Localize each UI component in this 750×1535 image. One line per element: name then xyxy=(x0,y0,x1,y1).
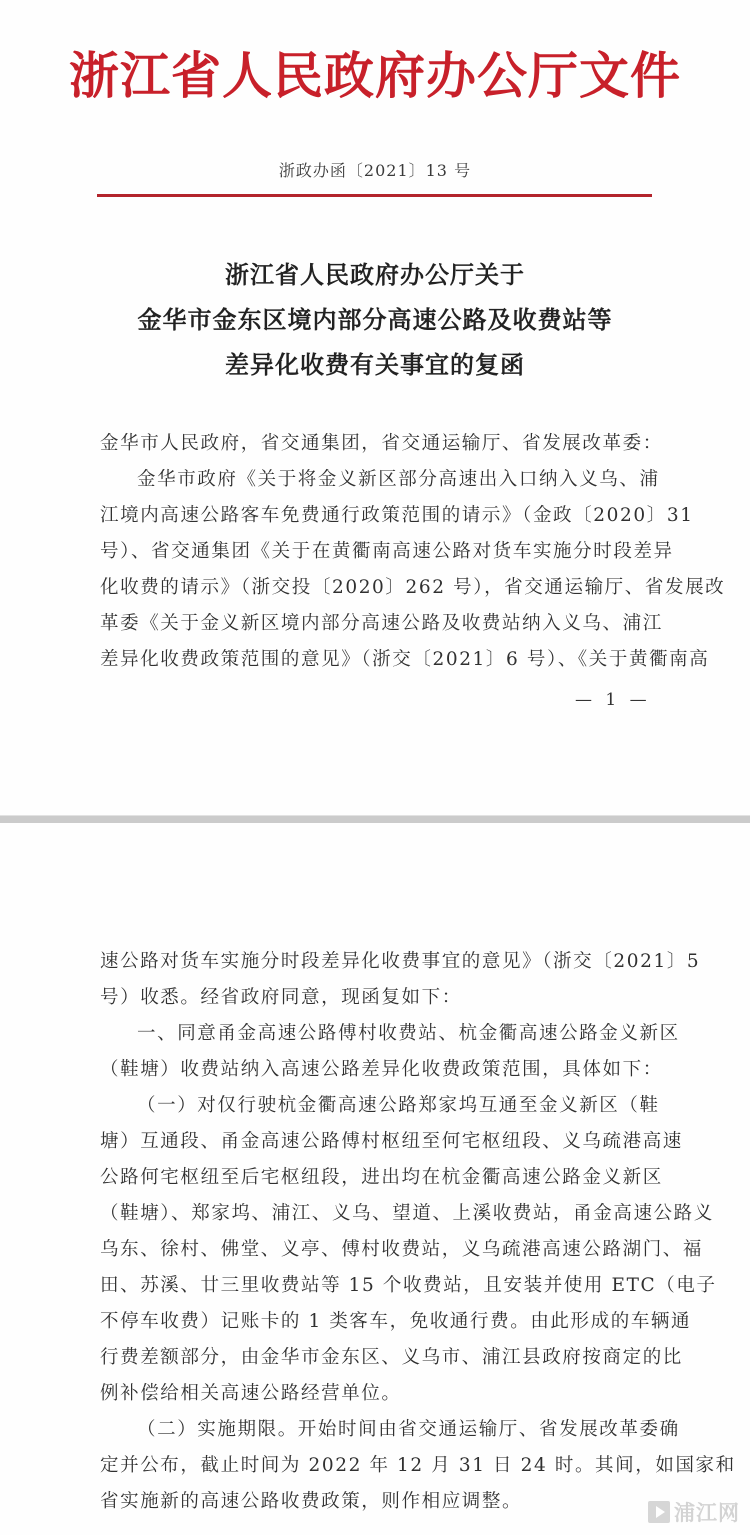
body-line: （鞋塘）收费站纳入高速公路差异化收费政策范围，具体如下： xyxy=(100,1052,655,1088)
body-line: 田、苏溪、廿三里收费站等 15 个收费站，且安装并使用 ETC（电子 xyxy=(100,1268,655,1304)
play-logo-icon xyxy=(648,1501,670,1523)
body-line: 号）、省交通集团《关于在黄衢南高速公路对货车实施分时段差异 xyxy=(100,534,655,570)
body-line: 定并公布，截止时间为 2022 年 12 月 31 日 24 时。其间，如国家和 xyxy=(100,1448,655,1484)
page1-body: 金华市人民政府，省交通集团，省交通运输厅、省发展改革委： 金华市政府《关于将金义… xyxy=(100,426,655,678)
body-line: 乌东、徐村、佛堂、义亭、傅村收费站，义乌疏港高速公路湖门、福 xyxy=(100,1232,655,1268)
watermark: 浦江网 xyxy=(648,1499,740,1525)
subject-line: 差异化收费有关事宜的复函 xyxy=(0,342,750,387)
body-line: 金华市政府《关于将金义新区部分高速出入口纳入义乌、浦 xyxy=(100,462,655,498)
body-line: 省实施新的高速公路收费政策，则作相应调整。 xyxy=(100,1484,655,1520)
body-line: 化收费的请示》（浙交投〔2020〕262 号），省交通运输厅、省发展改 xyxy=(100,570,655,606)
header-red-rule xyxy=(97,194,652,197)
page-number: — 1 — xyxy=(575,690,651,710)
body-line: （一）对仅行驶杭金衢高速公路郑家坞互通至金义新区（鞋 xyxy=(100,1088,655,1124)
addressee-line: 金华市人民政府，省交通集团，省交通运输厅、省发展改革委： xyxy=(100,426,655,462)
body-line: 公路何宅枢纽至后宅枢纽段，进出均在杭金衢高速公路金义新区 xyxy=(100,1160,655,1196)
page-divider xyxy=(0,815,750,823)
document-page-1: 浙江省人民政府办公厅文件 浙政办函〔2021〕13 号 浙江省人民政府办公厅关于… xyxy=(0,0,750,815)
body-line: 不停车收费）记账卡的 1 类客车，免收通行费。由此形成的车辆通 xyxy=(100,1304,655,1340)
body-line: （鞋塘）、郑家坞、浦江、义乌、望道、上溪收费站，甬金高速公路义 xyxy=(100,1196,655,1232)
document-subject: 浙江省人民政府办公厅关于 金华市金东区境内部分高速公路及收费站等 差异化收费有关… xyxy=(0,252,750,387)
body-line: 江境内高速公路客车免费通行政策范围的请示》（金政〔2020〕31 xyxy=(100,498,655,534)
body-line: 革委《关于金义新区境内部分高速公路及收费站纳入义乌、浦江 xyxy=(100,606,655,642)
document-header-title: 浙江省人民政府办公厅文件 xyxy=(0,48,750,104)
body-line: 号）收悉。经省政府同意，现函复如下： xyxy=(100,980,655,1016)
body-line: 塘）互通段、甬金高速公路傅村枢纽至何宅枢纽段、义乌疏港高速 xyxy=(100,1124,655,1160)
document-number: 浙政办函〔2021〕13 号 xyxy=(0,158,750,181)
body-line: 差异化收费政策范围的意见》（浙交〔2021〕6 号）、《关于黄衢南高 xyxy=(100,642,655,678)
body-line: 行费差额部分，由金华市金东区、义乌市、浦江县政府按商定的比 xyxy=(100,1340,655,1376)
body-line: 一、同意甬金高速公路傅村收费站、杭金衢高速公路金义新区 xyxy=(100,1016,655,1052)
body-line: （二）实施期限。开始时间由省交通运输厅、省发展改革委确 xyxy=(100,1412,655,1448)
watermark-text: 浦江网 xyxy=(674,1497,740,1527)
page2-body: 速公路对货车实施分时段差异化收费事宜的意见》（浙交〔2021〕5 号）收悉。经省… xyxy=(100,944,655,1520)
subject-line: 金华市金东区境内部分高速公路及收费站等 xyxy=(0,297,750,342)
subject-line: 浙江省人民政府办公厅关于 xyxy=(0,252,750,297)
body-line: 例补偿给相关高速公路经营单位。 xyxy=(100,1376,655,1412)
body-line: 速公路对货车实施分时段差异化收费事宜的意见》（浙交〔2021〕5 xyxy=(100,944,655,980)
